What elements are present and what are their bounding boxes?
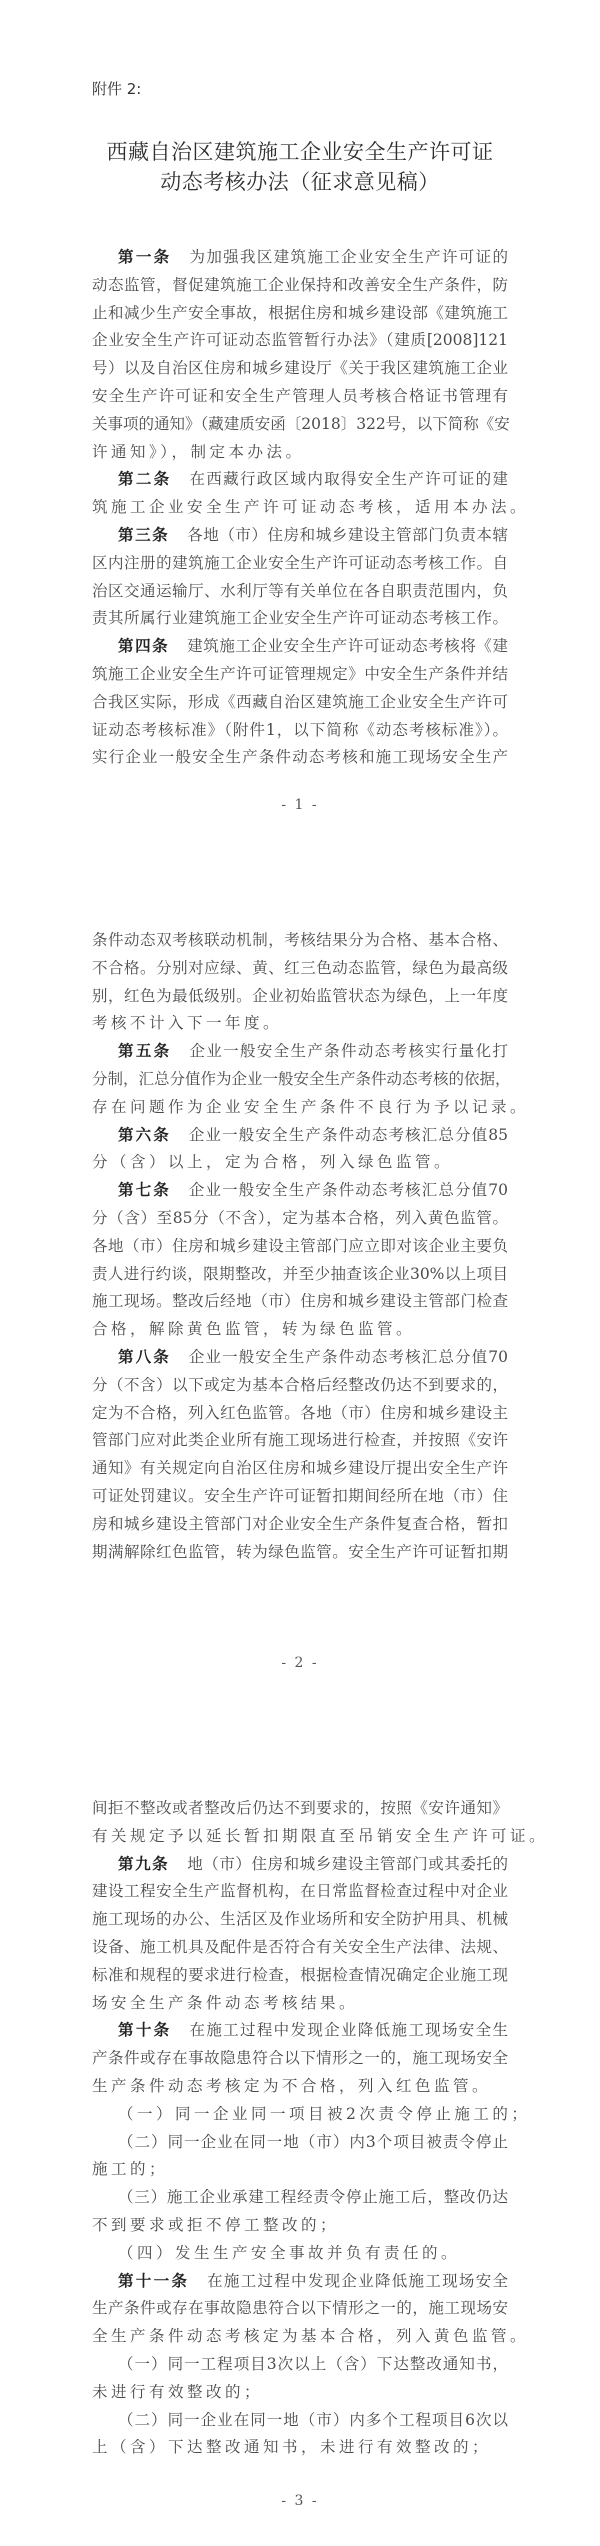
line-text: 安全生产许可证和安全生产管理人员考核合格证书管理有 <box>92 387 508 405</box>
text-line: 合格，解除黄色监管，转为绿色监管。 <box>92 1317 508 1341</box>
text-line: 通知》有关规定向自治区住房和城乡建设厅提出安全生产许 <box>92 1456 508 1480</box>
line-text: 管部门应对此类企业所有施工现场进行检查，并按照《安许 <box>92 1431 508 1449</box>
article-number: 第八条 <box>118 1347 171 1366</box>
line-text: 合我区实际，形成《西藏自治区建筑施工企业安全生产许可 <box>92 693 508 711</box>
line-text: 各地（市）住房和城乡建设主管部门负责本辖 <box>187 526 508 544</box>
line-text: 通知》有关规定向自治区住房和城乡建设厅提出安全生产许 <box>92 1459 508 1477</box>
article-line: 第四条建筑施工企业安全生产许可证动态考核将《建 <box>92 634 508 658</box>
article-number: 第二条 <box>118 469 172 488</box>
line-text: （四）发生生产安全事故并负有责任的。 <box>118 2244 460 2262</box>
line-text: 企业一般安全生产条件动态考核实行量化打 <box>190 1042 508 1060</box>
text-line: 不到要求或拒不停工整改的； <box>92 2213 508 2237</box>
text-line: 生产条件动态考核定为不合格，列入红色监管。 <box>92 2074 508 2098</box>
line-text: 期满解除红色监管，转为绿色监管。安全生产许可证暂扣期 <box>92 1543 508 1561</box>
text-line: 存在问题作为企业安全生产条件不良行为予以记录。 <box>92 1095 508 1119</box>
line-text: 生产条件或存在事故隐患符合以下情形之一的，施工现场安 <box>92 2299 508 2317</box>
line-text: 责其所属行业建筑施工企业安全生产许可证动态考核工作。 <box>92 609 508 627</box>
article-line: 第九条地（市）住房和城乡建设主管部门或其委托的 <box>92 1852 508 1876</box>
line-text: 未进行有效整改的； <box>92 2383 263 2401</box>
text-line: （二）同一企业在同一地（市）内3个项目被责令停止 <box>92 2130 508 2154</box>
line-text: 企业一般安全生产条件动态考核汇总分值70 <box>189 1181 508 1199</box>
text-line: 证动态考核标准》（附件1，以下简称《动态考核标准》）。 <box>92 718 508 742</box>
line-text: 责人进行约谈，限期整改，并至少抽查该企业30%以上项目 <box>92 1265 508 1283</box>
article-line: 第二条在西藏行政区域内取得安全生产许可证的建 <box>92 467 508 491</box>
article-line: 第七条企业一般安全生产条件动态考核汇总分值70 <box>92 1178 508 1202</box>
text-line: 标准和规程的要求进行检查，根据检查情况确定企业施工现 <box>92 1963 508 1987</box>
line-text: 地（市）住房和城乡建设主管部门或其委托的 <box>187 1855 508 1873</box>
text-line: 合我区实际，形成《西藏自治区建筑施工企业安全生产许可 <box>92 690 508 714</box>
text-line: 设备、施工机具及配件是否符合有关安全生产法律、法规、 <box>92 1935 508 1959</box>
text-line: 管部门应对此类企业所有施工现场进行检查，并按照《安许 <box>92 1428 508 1452</box>
article-number: 第四条 <box>118 636 169 655</box>
document-title-line-1: 西藏自治区建筑施工企业安全生产许可证 <box>0 136 600 166</box>
line-text: 分（含）至85分（不含），定为基本合格，列入黄色监管。 <box>92 1209 508 1227</box>
article-number: 第一条 <box>118 247 172 266</box>
line-text: 施工的； <box>92 2160 168 2178</box>
text-line: 许通知》），制定本办法。 <box>92 440 508 464</box>
text-line: （二）同一企业在同一地（市）内多个工程项目6次以 <box>92 2408 508 2432</box>
text-line: 场安全生产条件动态考核结果。 <box>92 1991 508 2015</box>
text-line: 分（含）至85分（不含），定为基本合格，列入黄色监管。 <box>92 1206 508 1230</box>
article-number: 第十条 <box>118 2020 172 2039</box>
line-text: （二）同一企业在同一地（市）内多个工程项目6次以 <box>118 2411 508 2429</box>
text-line: 企业安全生产许可证动态监管暂行办法》（建质[2008]121 <box>92 328 508 352</box>
line-text: 止和减少生产安全事故，根据住房和城乡建设部《建筑施工 <box>92 304 508 322</box>
line-text: 为加强我区建筑施工企业安全生产许可证的 <box>190 248 508 266</box>
line-text: 定为不合格，列入红色监管。各地（市）住房和城乡建设主 <box>92 1404 508 1422</box>
line-text: 在西藏行政区域内取得安全生产许可证的建 <box>190 470 508 488</box>
line-text: 治区交通运输厅、水利厅等有关单位在各自职责范围内，负 <box>92 582 508 600</box>
article-number: 第七条 <box>118 1180 171 1199</box>
article-number: 第三条 <box>118 525 169 544</box>
text-line: 分（不含）以下或定为基本合格后经整改仍达不到要求的， <box>92 1373 508 1397</box>
line-text: 区内注册的建筑施工企业安全生产许可证动态考核工作。自 <box>92 554 508 572</box>
line-text: 场安全生产条件动态考核结果。 <box>92 1994 358 2012</box>
line-text: 施工现场。整改后经地（市）住房和城乡建设主管部门检查 <box>92 1292 508 1310</box>
article-number: 第五条 <box>118 1041 172 1060</box>
text-line: （一）同一企业同一项目被2次责令停止施工的； <box>92 2102 508 2126</box>
line-text: （三）施工企业承建工程经责令停止施工后，整改仍达 <box>118 2188 508 2206</box>
attachment-label: 附件 2: <box>92 78 141 99</box>
line-text: 建筑施工企业安全生产许可证动态考核将《建 <box>187 637 508 655</box>
line-text: 在施工过程中发现企业降低施工现场安全 <box>207 2272 508 2290</box>
text-line: 别，红色为最低级别。企业初始监管状态为绿色，上一年度 <box>92 984 508 1008</box>
article-line: 第十条在施工过程中发现企业降低施工现场安全生 <box>92 2018 508 2042</box>
text-line: 筑施工企业安全生产许可证管理规定》中安全生产条件并结 <box>92 662 508 686</box>
text-line: 实行企业一般安全生产条件动态考核和施工现场安全生产 <box>92 745 508 769</box>
text-line: 号）以及自治区住房和城乡建设厅《关于我区建筑施工企业 <box>92 356 508 380</box>
text-line: 止和减少生产安全事故，根据住房和城乡建设部《建筑施工 <box>92 301 508 325</box>
line-text: 在施工过程中发现企业降低施工现场安全生 <box>190 2021 508 2039</box>
line-text: （一）同一企业同一项目被2次责令停止施工的； <box>118 2105 530 2123</box>
line-text: 标准和规程的要求进行检查，根据检查情况确定企业施工现 <box>92 1966 508 1984</box>
text-line: 全生产条件动态考核定为基本合格，列入黄色监管。 <box>92 2324 508 2348</box>
text-line: 关事项的通知》（藏建质安函〔2018〕322号，以下简称《安 <box>92 412 508 436</box>
text-line: 责其所属行业建筑施工企业安全生产许可证动态考核工作。 <box>92 606 508 630</box>
line-text: 关事项的通知》（藏建质安函〔2018〕322号，以下简称《安 <box>92 415 510 433</box>
text-line: （一）同一工程项目3次以上（含）下达整改通知书， <box>92 2352 508 2376</box>
text-line: 施工现场的办公、生活区及作业场所和安全防护用具、机械 <box>92 1907 508 1931</box>
article-line: 第一条为加强我区建筑施工企业安全生产许可证的 <box>92 245 508 269</box>
page-number: - 3 - <box>0 2493 600 2509</box>
line-text: 分制，汇总分值作为企业一般安全生产条件动态考核的依据， <box>92 1070 511 1088</box>
line-text: 建设工程安全生产监督机构，在日常监督检查过程中对企业 <box>92 1882 508 1900</box>
text-line: 产条件或存在事故隐患符合以下情形之一的，施工现场安全 <box>92 2046 508 2070</box>
line-text: 号）以及自治区住房和城乡建设厅《关于我区建筑施工企业 <box>92 359 508 377</box>
text-line: 有关规定予以延长暂扣期限直至吊销安全生产许可证。 <box>92 1824 508 1848</box>
text-line: （四）发生生产安全事故并负有责任的。 <box>92 2241 508 2265</box>
text-line: 上（含）下达整改通知书，未进行有效整改的； <box>92 2435 508 2459</box>
line-text: 企业安全生产许可证动态监管暂行办法》（建质[2008]121 <box>92 331 508 349</box>
text-line: 不合格。分别对应绿、黄、红三色动态监管，绿色为最高级 <box>92 956 508 980</box>
line-text: 考核不计入下一年度。 <box>92 1014 282 1032</box>
document-title-line-2: 动态考核办法（征求意见稿） <box>0 166 600 196</box>
text-line: 施工现场。整改后经地（市）住房和城乡建设主管部门检查 <box>92 1289 508 1313</box>
text-line: 治区交通运输厅、水利厅等有关单位在各自职责范围内，负 <box>92 579 508 603</box>
article-number: 第十一条 <box>118 2271 189 2290</box>
text-line: 分制，汇总分值作为企业一般安全生产条件动态考核的依据， <box>92 1067 508 1091</box>
text-line: （三）施工企业承建工程经责令停止施工后，整改仍达 <box>92 2185 508 2209</box>
text-line: 分（含）以上，定为合格，列入绿色监管。 <box>92 1150 508 1174</box>
line-text: 上（含）下达整改通知书，未进行有效整改的； <box>92 2438 491 2456</box>
line-text: 各地（市）住房和城乡建设主管部门应立即对该企业主要负 <box>92 1237 508 1255</box>
page-number: - 1 - <box>0 797 600 813</box>
line-text: 设备、施工机具及配件是否符合有关安全生产法律、法规、 <box>92 1938 508 1956</box>
text-line: 房和城乡建设主管部门对企业安全生产条件复查合格，暂扣 <box>92 1512 508 1536</box>
text-line: 责人进行约谈，限期整改，并至少抽查该企业30%以上项目 <box>92 1262 508 1286</box>
line-text: （一）同一工程项目3次以上（含）下达整改通知书， <box>118 2355 508 2373</box>
text-line: 定为不合格，列入红色监管。各地（市）住房和城乡建设主 <box>92 1401 508 1425</box>
line-text: 间拒不整改或者整改后仍达不到要求的，按照《安许通知》 <box>92 1799 508 1817</box>
line-text: 企业一般安全生产条件动态考核汇总分值85 <box>189 1126 508 1144</box>
text-line: 筑施工企业安全生产许可证动态考核，适用本办法。 <box>92 495 508 519</box>
text-line: 条件动态双考核联动机制，考核结果分为合格、基本合格、 <box>92 928 508 952</box>
page-number: - 2 - <box>0 1655 600 1671</box>
line-text: 动态监管，督促建筑施工企业保持和改善安全生产条件，防 <box>92 276 508 294</box>
text-line: 可证处罚建议。安全生产许可证暂扣期间经所在地（市）住 <box>92 1484 508 1508</box>
article-line: 第六条企业一般安全生产条件动态考核汇总分值85 <box>92 1123 508 1147</box>
line-text: 不合格。分别对应绿、黄、红三色动态监管，绿色为最高级 <box>92 959 508 977</box>
text-line: 施工的； <box>92 2157 508 2181</box>
line-text: 企业一般安全生产条件动态考核汇总分值70 <box>189 1348 508 1366</box>
text-line: 考核不计入下一年度。 <box>92 1011 508 1035</box>
article-line: 第十一条在施工过程中发现企业降低施工现场安全 <box>92 2269 508 2293</box>
line-text: 别，红色为最低级别。企业初始监管状态为绿色，上一年度 <box>92 987 508 1005</box>
line-text: 施工现场的办公、生活区及作业场所和安全防护用具、机械 <box>92 1910 508 1928</box>
line-text: 存在问题作为企业安全生产条件不良行为予以记录。 <box>92 1098 529 1116</box>
text-line: 间拒不整改或者整改后仍达不到要求的，按照《安许通知》 <box>92 1796 508 1820</box>
line-text: 产条件或存在事故隐患符合以下情形之一的，施工现场安全 <box>92 2049 508 2067</box>
line-text: 有关规定予以延长暂扣期限直至吊销安全生产许可证。 <box>92 1827 548 1845</box>
line-text: 条件动态双考核联动机制，考核结果分为合格、基本合格、 <box>92 931 508 949</box>
article-number: 第六条 <box>118 1125 171 1144</box>
line-text: 分（不含）以下或定为基本合格后经整改仍达不到要求的， <box>92 1376 508 1394</box>
article-line: 第八条企业一般安全生产条件动态考核汇总分值70 <box>92 1345 508 1369</box>
line-text: 可证处罚建议。安全生产许可证暂扣期间经所在地（市）住 <box>92 1487 508 1505</box>
line-text: 筑施工企业安全生产许可证管理规定》中安全生产条件并结 <box>92 665 508 683</box>
article-number: 第九条 <box>118 1854 169 1873</box>
text-line: 建设工程安全生产监督机构，在日常监督检查过程中对企业 <box>92 1879 508 1903</box>
text-line: 各地（市）住房和城乡建设主管部门应立即对该企业主要负 <box>92 1234 508 1258</box>
text-line: 未进行有效整改的； <box>92 2380 508 2404</box>
article-line: 第五条企业一般安全生产条件动态考核实行量化打 <box>92 1039 508 1063</box>
line-text: 不到要求或拒不停工整改的； <box>92 2216 339 2234</box>
text-line: 生产条件或存在事故隐患符合以下情形之一的，施工现场安 <box>92 2296 508 2320</box>
line-text: 筑施工企业安全生产许可证动态考核，适用本办法。 <box>92 498 529 516</box>
line-text: 实行企业一般安全生产条件动态考核和施工现场安全生产 <box>92 748 508 766</box>
line-text: 许通知》），制定本办法。 <box>92 443 305 461</box>
line-text: 房和城乡建设主管部门对企业安全生产条件复查合格，暂扣 <box>92 1515 508 1533</box>
line-text: 证动态考核标准》（附件1，以下简称《动态考核标准》）。 <box>92 721 508 739</box>
line-text: 生产条件动态考核定为不合格，列入红色监管。 <box>92 2077 491 2095</box>
text-line: 期满解除红色监管，转为绿色监管。安全生产许可证暂扣期 <box>92 1540 508 1564</box>
article-line: 第三条各地（市）住房和城乡建设主管部门负责本辖 <box>92 523 508 547</box>
line-text: 合格，解除黄色监管，转为绿色监管。 <box>92 1320 415 1338</box>
line-text: 全生产条件动态考核定为基本合格，列入黄色监管。 <box>92 2327 529 2345</box>
line-text: 分（含）以上，定为合格，列入绿色监管。 <box>92 1153 453 1171</box>
line-text: （二）同一企业在同一地（市）内3个项目被责令停止 <box>118 2133 508 2151</box>
text-line: 动态监管，督促建筑施工企业保持和改善安全生产条件，防 <box>92 273 508 297</box>
text-line: 区内注册的建筑施工企业安全生产许可证动态考核工作。自 <box>92 551 508 575</box>
text-line: 安全生产许可证和安全生产管理人员考核合格证书管理有 <box>92 384 508 408</box>
